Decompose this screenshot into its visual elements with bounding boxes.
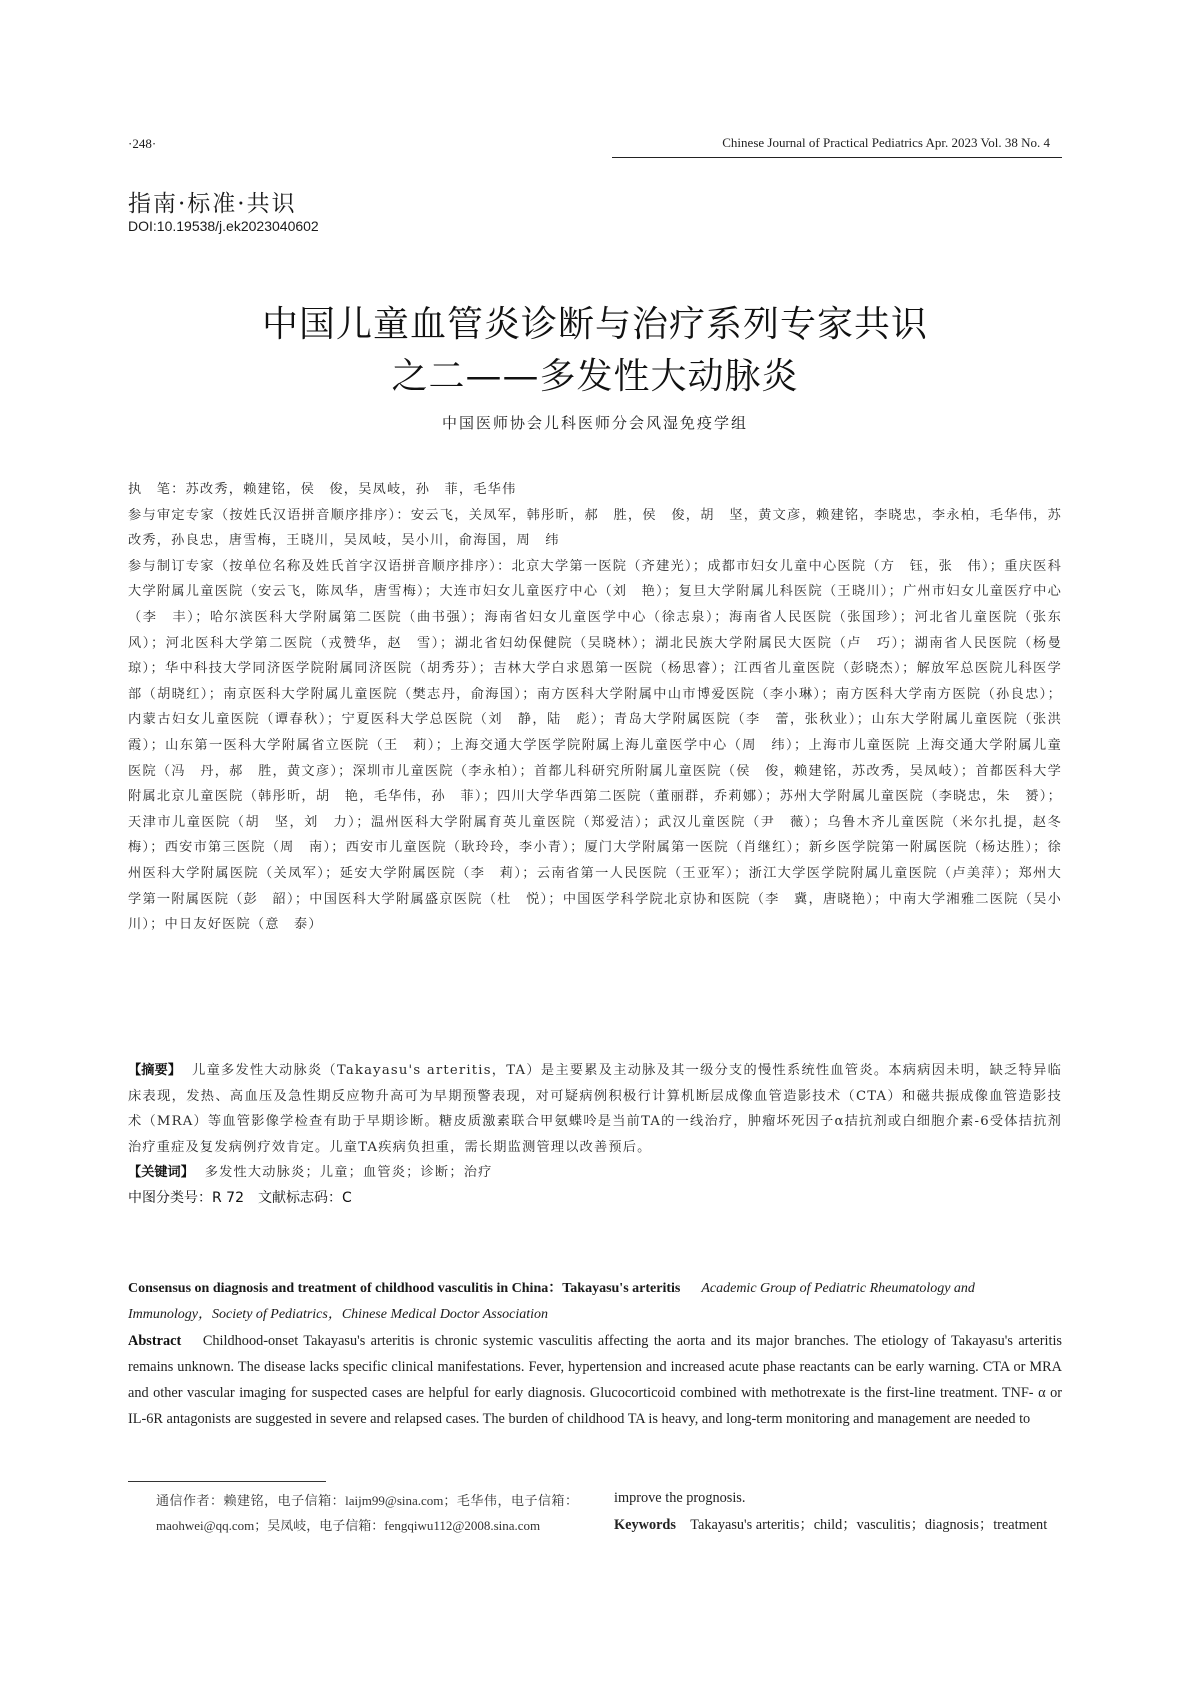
english-keywords-text: Takayasu's arteritis；child；vasculitis；di… bbox=[690, 1517, 1047, 1533]
english-abstract-continued: improve the prognosis. Keywords Takayasu… bbox=[614, 1485, 1062, 1539]
title-line-1: 中国儿童血管炎诊断与治疗系列专家共识 bbox=[150, 299, 1040, 351]
header-divider bbox=[612, 157, 1062, 158]
english-keywords: Keywords Takayasu's arteritis；child；vasc… bbox=[614, 1512, 1062, 1539]
english-abstract-label: Abstract bbox=[128, 1333, 181, 1349]
chinese-abstract: 【摘要】 儿童多发性大动脉炎（Takayasu's arteritis，TA）是… bbox=[128, 1058, 1062, 1211]
writers: 执 笔：苏改秀，赖建铭，侯 俊，吴凤岐，孙 菲，毛华伟 bbox=[128, 477, 1062, 503]
column-label: 指南·标准·共识 bbox=[128, 185, 297, 218]
english-keywords-label: Keywords bbox=[614, 1517, 676, 1533]
keywords-cn-text: 多发性大动脉炎；儿童；血管炎；诊断；治疗 bbox=[205, 1165, 493, 1180]
classification-code: 中图分类号：R 72 文献标志码：C bbox=[128, 1186, 1062, 1212]
keywords-cn: 【关键词】 多发性大动脉炎；儿童；血管炎；诊断；治疗 bbox=[128, 1160, 1062, 1186]
english-title: Consensus on diagnosis and treatment of … bbox=[128, 1281, 680, 1296]
footnote-text: 通信作者：赖建铭，电子信箱：laijm99@sina.com；毛华伟，电子信箱：… bbox=[128, 1488, 578, 1538]
english-abstract-tail: improve the prognosis. bbox=[614, 1485, 1062, 1512]
contributors-block: 执 笔：苏改秀，赖建铭，侯 俊，吴凤岐，孙 菲，毛华伟 参与审定专家（按姓氏汉语… bbox=[128, 477, 1062, 938]
doi[interactable]: DOI:10.19538/j.ek2023040602 bbox=[128, 218, 319, 234]
article-title: 中国儿童血管炎诊断与治疗系列专家共识 之二——多发性大动脉炎 bbox=[150, 299, 1040, 403]
corresponding-author-footnote: 通信作者：赖建铭，电子信箱：laijm99@sina.com；毛华伟，电子信箱：… bbox=[128, 1488, 578, 1538]
abstract-cn-paragraph: 【摘要】 儿童多发性大动脉炎（Takayasu's arteritis，TA）是… bbox=[128, 1058, 1062, 1160]
page-number: ·248· bbox=[128, 136, 156, 152]
keywords-cn-label: 【关键词】 bbox=[128, 1165, 194, 1180]
english-abstract: Abstract Childhood-onset Takayasu's arte… bbox=[128, 1328, 1062, 1432]
english-title-block: Consensus on diagnosis and treatment of … bbox=[128, 1276, 1062, 1328]
abstract-cn-label: 【摘要】 bbox=[128, 1063, 181, 1078]
footnote-divider bbox=[128, 1481, 326, 1482]
title-line-2: 之二——多发性大动脉炎 bbox=[150, 351, 1040, 403]
drafters: 参与制订专家（按单位名称及姓氏首字汉语拼音顺序排序）：北京大学第一医院（齐建光）… bbox=[128, 554, 1062, 938]
reviewers: 参与审定专家（按姓氏汉语拼音顺序排序）：安云飞，关凤军，韩彤昕，郝 胜，侯 俊，… bbox=[128, 503, 1062, 554]
author-group: 中国医师协会儿科医师分会风湿免疫学组 bbox=[150, 412, 1040, 433]
english-abstract-text: Childhood-onset Takayasu's arteritis is … bbox=[128, 1333, 1062, 1427]
abstract-cn-text: 儿童多发性大动脉炎（Takayasu's arteritis，TA）是主要累及主… bbox=[128, 1063, 1062, 1155]
running-header-journal: Chinese Journal of Practical Pediatrics … bbox=[620, 135, 1050, 151]
